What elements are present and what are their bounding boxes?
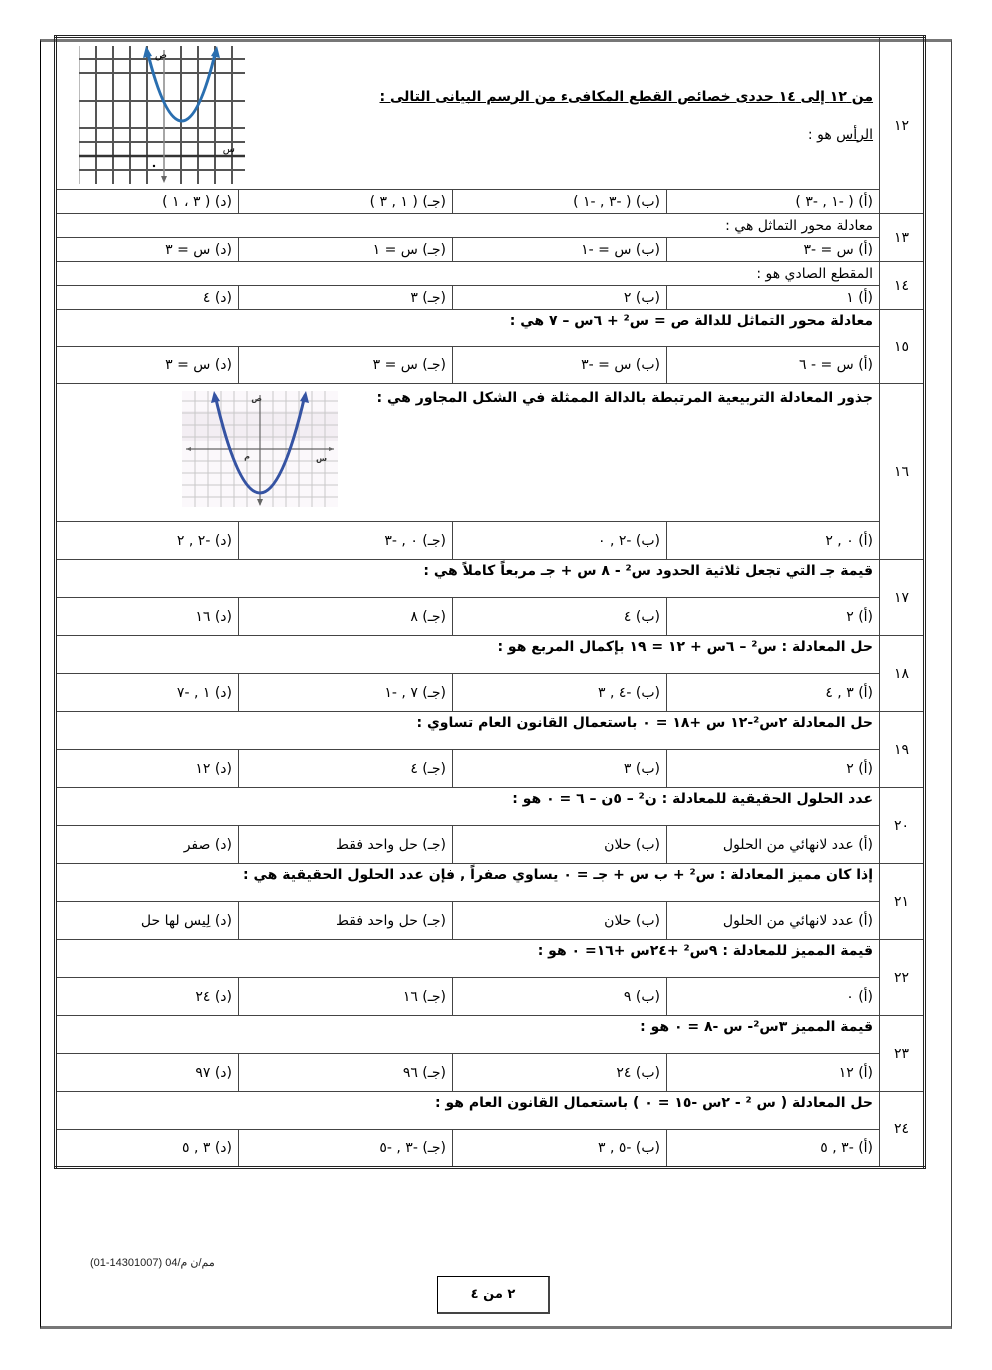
- option-a[interactable]: (أ) ١٢: [667, 1054, 880, 1092]
- option-a[interactable]: (أ) ٠: [667, 978, 880, 1016]
- options-row-24: (د) ٣ , ٥ (جـ) -٣ , -٥ (ب) -٥ , ٣ (أ) -٣…: [56, 1130, 925, 1168]
- option-a[interactable]: (أ) ٠ , ٢: [667, 522, 880, 560]
- question-row-20: عدد الحلول الحقيقية للمعادلة : ن² – ٥ن –…: [56, 788, 925, 826]
- option-a[interactable]: (أ) س = -٣: [667, 238, 880, 262]
- options-row-18: (د) ١ , -٧ (جـ) ٧ , -١ (ب) -٤ , ٣ (أ) ٣ …: [56, 674, 925, 712]
- option-c[interactable]: (جـ) ٨: [239, 598, 453, 636]
- question-number-20: ٢٠: [880, 788, 925, 864]
- option-c[interactable]: (جـ) ١٦: [239, 978, 453, 1016]
- options-row-12: (د) ( ٣ ، ١ ) (جـ) ( ١ , ٣ ) (ب) ( -٣ , …: [56, 190, 925, 214]
- option-a[interactable]: (أ) -٣ , ٥: [667, 1130, 880, 1168]
- option-d[interactable]: (د) -٢ , ٢: [56, 522, 239, 560]
- question-18-text: حل المعادلة : س² – ٦س + ١٢ = ١٩ بإكمال ا…: [56, 636, 880, 674]
- question-12-cell: من ١٢ إلى ١٤ حددى خصائص القطع المكافىء م…: [56, 37, 880, 190]
- question-22-text: قيمة المميز للمعادلة : ٩س² +٢٤س +١٦= ٠ ه…: [56, 940, 880, 978]
- question-number-16: ١٦: [880, 384, 925, 560]
- option-d[interactable]: (د) صفر: [56, 826, 239, 864]
- option-d[interactable]: (د) ٤: [56, 286, 239, 310]
- option-b[interactable]: (ب) -٢ , ٠: [453, 522, 667, 560]
- option-c[interactable]: (جـ) ٠ , -٣: [239, 522, 453, 560]
- option-d[interactable]: (د) ٩٧: [56, 1054, 239, 1092]
- option-b[interactable]: (ب) ٢: [453, 286, 667, 310]
- option-b[interactable]: (ب) ٢٤: [453, 1054, 667, 1092]
- option-a[interactable]: (أ) ١: [667, 286, 880, 310]
- page-number-box: ٢ من ٤: [437, 1276, 550, 1314]
- question-row-18: حل المعادلة : س² – ٦س + ١٢ = ١٩ بإكمال ا…: [56, 636, 925, 674]
- question-13-text: معادلة محور التماثل هي :: [56, 214, 880, 238]
- option-a[interactable]: (أ) عدد لانهائي من الحلول: [667, 902, 880, 940]
- question-number-19: ١٩: [880, 712, 925, 788]
- question-21-text: إذا كان مميز المعادلة : س² + ب س + جـ = …: [56, 864, 880, 902]
- option-b[interactable]: (ب) -٤ , ٣: [453, 674, 667, 712]
- option-d[interactable]: (د) س = ٣: [56, 238, 239, 262]
- question-23-text: قيمة المميز ٣س²- س -٨ = ٠ هو :: [56, 1016, 880, 1054]
- question-row-13: معادلة محور التماثل هي : ١٣: [56, 214, 925, 238]
- question-number-24: ٢٤: [880, 1092, 925, 1168]
- option-c[interactable]: (جـ) ٤: [239, 750, 453, 788]
- options-row-15: (د) س = ٣ (جـ) س = ٣ (ب) س = -٣ (أ) س = …: [56, 347, 925, 384]
- question-number-17: ١٧: [880, 560, 925, 636]
- options-row-19: (د) ١٢ (جـ) ٤ (ب) ٣ (أ) ٢: [56, 750, 925, 788]
- option-a[interactable]: (أ) عدد لانهائي من الحلول: [667, 826, 880, 864]
- option-a[interactable]: (أ) ٢: [667, 598, 880, 636]
- option-d[interactable]: (د) س = ٣: [56, 347, 239, 384]
- option-d[interactable]: (د) ٢٤: [56, 978, 239, 1016]
- question-row-12: من ١٢ إلى ١٤ حددى خصائص القطع المكافىء م…: [56, 37, 925, 190]
- options-row-22: (د) ٢٤ (جـ) ١٦ (ب) ٩ (أ) ٠: [56, 978, 925, 1016]
- question-number-21: ٢١: [880, 864, 925, 940]
- option-b[interactable]: (ب) -٥ , ٣: [453, 1130, 667, 1168]
- question-number-18: ١٨: [880, 636, 925, 712]
- y-axis-label: ص: [251, 394, 262, 404]
- question-number-14: ١٤: [880, 262, 925, 310]
- exam-questions-table: من ١٢ إلى ١٤ حددى خصائص القطع المكافىء م…: [54, 35, 926, 1169]
- question-row-22: قيمة المميز للمعادلة : ٩س² +٢٤س +١٦= ٠ ه…: [56, 940, 925, 978]
- question-number-23: ٢٣: [880, 1016, 925, 1092]
- options-row-14: (د) ٤ (جـ) ٣ (ب) ٢ (أ) ١: [56, 286, 925, 310]
- question-number-12: ١٢: [880, 37, 925, 214]
- question-17-text: قيمة جـ التي تجعل ثلاثية الحدود س² - ٨ س…: [56, 560, 880, 598]
- question-number-13: ١٣: [880, 214, 925, 262]
- question-row-15: معادلة محور التماثل للدالة ص = س² + ٦س –…: [56, 310, 925, 347]
- question-24-text: حل المعادلة ( س ² - ٢س -١٥ = ٠ ) باستعما…: [56, 1092, 880, 1130]
- options-row-20: (د) صفر (جـ) حل واحد فقط (ب) حلان (أ) عد…: [56, 826, 925, 864]
- option-c[interactable]: (جـ) س = ٣: [239, 347, 453, 384]
- option-c[interactable]: (جـ) ٣: [239, 286, 453, 310]
- option-b[interactable]: (ب) ( -٣ , -١ ): [453, 190, 667, 214]
- question-15-text: معادلة محور التماثل للدالة ص = س² + ٦س –…: [56, 310, 880, 347]
- question-row-21: إذا كان مميز المعادلة : س² + ب س + جـ = …: [56, 864, 925, 902]
- option-d[interactable]: (د) ١ , -٧: [56, 674, 239, 712]
- option-a[interactable]: (أ) ٢: [667, 750, 880, 788]
- y-axis-label: ص: [155, 50, 167, 61]
- parabola-graph-roots: ص س م: [182, 391, 338, 507]
- question-number-15: ١٥: [880, 310, 925, 384]
- option-c[interactable]: (جـ) -٣ , -٥: [239, 1130, 453, 1168]
- options-row-16: (د) -٢ , ٢ (جـ) ٠ , -٣ (ب) -٢ , ٠ (أ) ٠ …: [56, 522, 925, 560]
- question-row-19: حل المعادلة ٢س²-١٢ س +١٨ = ٠ باستعمال ال…: [56, 712, 925, 750]
- options-row-23: (د) ٩٧ (جـ) ٩٦ (ب) ٢٤ (أ) ١٢: [56, 1054, 925, 1092]
- option-c[interactable]: (جـ) حل واحد فقط: [239, 902, 453, 940]
- option-c[interactable]: (جـ) ٧ , -١: [239, 674, 453, 712]
- option-b[interactable]: (ب) ٩: [453, 978, 667, 1016]
- question-20-text: عدد الحلول الحقيقية للمعادلة : ن² – ٥ن –…: [56, 788, 880, 826]
- option-b[interactable]: (ب) ٣: [453, 750, 667, 788]
- option-b[interactable]: (ب) حلان: [453, 826, 667, 864]
- options-row-17: (د) ١٦ (جـ) ٨ (ب) ٤ (أ) ٢: [56, 598, 925, 636]
- option-a[interactable]: (أ) ( -١ , -٣ ): [667, 190, 880, 214]
- option-b[interactable]: (ب) حلان: [453, 902, 667, 940]
- option-c[interactable]: (جـ) ( ١ , ٣ ): [239, 190, 453, 214]
- option-b[interactable]: (ب) ٤: [453, 598, 667, 636]
- question-16-text: جذور المعادلة التربيعية المرتبطة بالدالة…: [377, 390, 873, 406]
- question-14-text: المقطع الصادي هو :: [56, 262, 880, 286]
- question-row-17: قيمة جـ التي تجعل ثلاثية الحدود س² - ٨ س…: [56, 560, 925, 598]
- option-a[interactable]: (أ) س = - ٦: [667, 347, 880, 384]
- question-16-cell: جذور المعادلة التربيعية المرتبطة بالدالة…: [56, 384, 880, 522]
- question-row-16: جذور المعادلة التربيعية المرتبطة بالدالة…: [56, 384, 925, 522]
- question-row-23: قيمة المميز ٣س²- س -٨ = ٠ هو : ٢٣: [56, 1016, 925, 1054]
- option-c[interactable]: (جـ) ٩٦: [239, 1054, 453, 1092]
- question-row-14: المقطع الصادي هو : ١٤: [56, 262, 925, 286]
- option-d[interactable]: (د) ٣ , ٥: [56, 1130, 239, 1168]
- option-c[interactable]: (جـ) حل واحد فقط: [239, 826, 453, 864]
- x-axis-label: س: [316, 454, 327, 464]
- options-row-13: (د) س = ٣ (جـ) س = ١ (ب) س = -١ (أ) س = …: [56, 238, 925, 262]
- origin-label: م: [244, 452, 250, 461]
- option-d[interactable]: (د) ١٢: [56, 750, 239, 788]
- option-a[interactable]: (أ) ٣ , ٤: [667, 674, 880, 712]
- parabola-graph-vertex: ص س: [79, 46, 245, 184]
- option-b[interactable]: (ب) س = -٣: [453, 347, 667, 384]
- question-row-24: حل المعادلة ( س ² - ٢س -١٥ = ٠ ) باستعما…: [56, 1092, 925, 1130]
- question-number-22: ٢٢: [880, 940, 925, 1016]
- option-d[interactable]: (د) لِيس لها حل: [56, 902, 239, 940]
- option-c[interactable]: (جـ) س = ١: [239, 238, 453, 262]
- x-axis-label: س: [223, 144, 235, 155]
- options-row-21: (د) لِيس لها حل (جـ) حل واحد فقط (ب) حلا…: [56, 902, 925, 940]
- document-code: (01-14301007) 04/مم/ن م: [90, 1256, 215, 1269]
- option-d[interactable]: (د) ١٦: [56, 598, 239, 636]
- question-19-text: حل المعادلة ٢س²-١٢ س +١٨ = ٠ باستعمال ال…: [56, 712, 880, 750]
- option-d[interactable]: (د) ( ٣ ، ١ ): [56, 190, 239, 214]
- option-b[interactable]: (ب) س = -١: [453, 238, 667, 262]
